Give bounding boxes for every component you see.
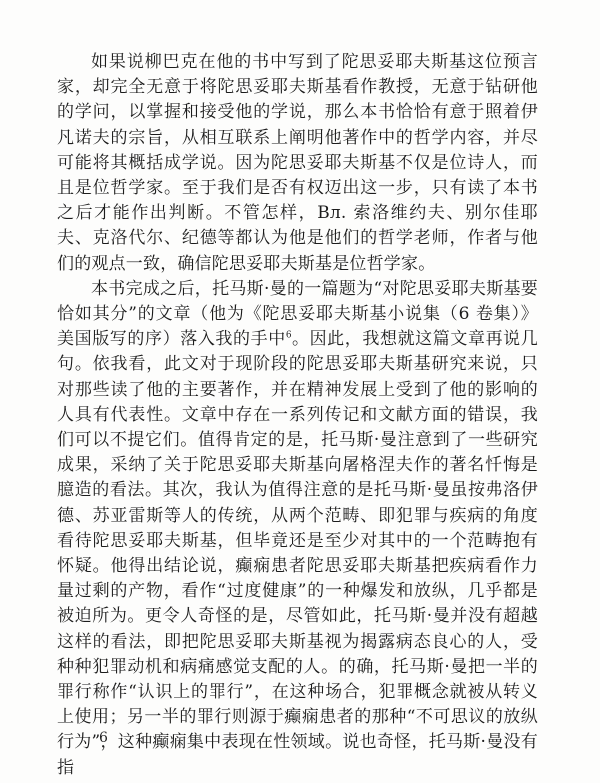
- page: 如果说柳巴克在他的书中写到了陀思妥耶夫斯基这位预言家，却完全无意于将陀思妥耶夫斯…: [0, 0, 600, 783]
- scanned-book-page: { "page": { "number": "6", "paragraphs":…: [0, 0, 600, 783]
- page-number: 6: [99, 730, 108, 746]
- body-paragraph-1: 如果说柳巴克在他的书中写到了陀思妥耶夫斯基这位预言家，却完全无意于将陀思妥耶夫斯…: [57, 50, 538, 277]
- body-paragraph-2: 本书完成之后，托马斯·曼的一篇题为“对陀思妥耶夫斯基要恰如其分”的文章（他为《陀…: [57, 277, 538, 781]
- text-block: 如果说柳巴克在他的书中写到了陀思妥耶夫斯基这位预言家，却完全无意于将陀思妥耶夫斯…: [57, 50, 538, 781]
- paragraph-2-text-after-note: 。因此，我想就这篇文章再说几句。依我看，此文对于现阶段的陀思妥耶夫斯基研究来说，…: [57, 329, 538, 777]
